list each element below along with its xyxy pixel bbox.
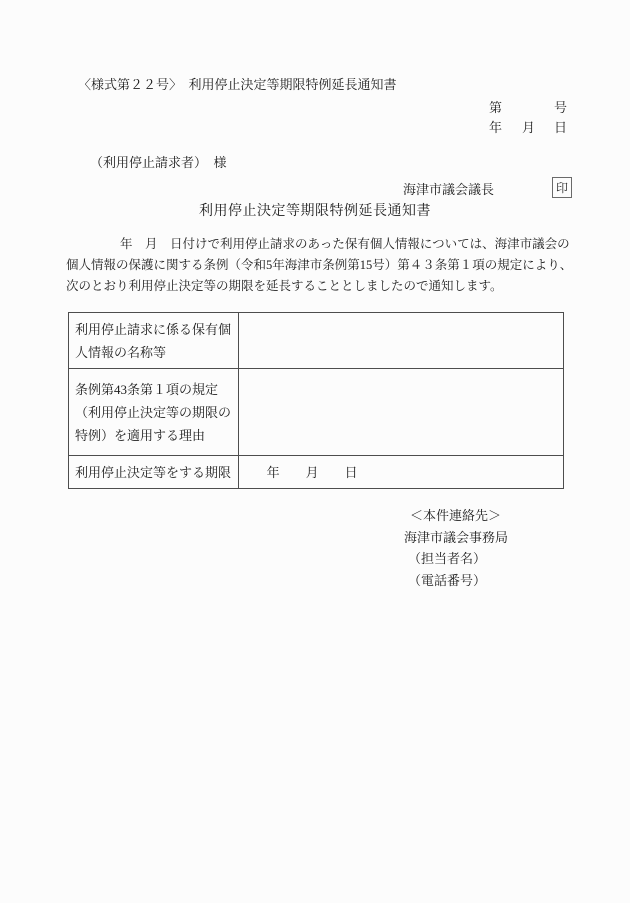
- table-row: 条例第43条第１項の規定 （利用停止決定等の期限の特例）を適用する理由: [69, 369, 564, 456]
- table-value-text: 年 月 日: [267, 461, 559, 484]
- document-number-prefix: 第: [489, 97, 502, 116]
- date-day-label: 日: [554, 117, 567, 136]
- table-label-cell: 条例第43条第１項の規定 （利用停止決定等の期限の特例）を適用する理由: [69, 369, 239, 456]
- table-value-cell: [239, 313, 564, 369]
- table-label-cell: 利用停止決定等をする期限: [69, 456, 239, 489]
- table-label-cell: 利用停止請求に係る保有個人情報の名称等: [69, 313, 239, 369]
- contact-heading: ＜本件連絡先＞: [404, 505, 508, 527]
- body-line: 個人情報の保護に関する条例（令和5年海津市条例第15号）第４３条第１項の規定によ…: [66, 255, 606, 276]
- contact-block: ＜本件連絡先＞ 海津市議会事務局 （担当者名） （電話番号）: [404, 505, 508, 591]
- table-label-text: （利用停止決定等の期限の特例）を適用する理由: [75, 401, 235, 447]
- seal-stamp-box: 印: [552, 177, 572, 198]
- form-table: 利用停止請求に係る保有個人情報の名称等 条例第43条第１項の規定 （利用停止決定…: [68, 312, 564, 489]
- table-row: 利用停止請求に係る保有個人情報の名称等: [69, 313, 564, 369]
- table-label-text: 条例第43条第１項の規定: [75, 378, 235, 401]
- table-value-cell: 年 月 日: [239, 456, 564, 489]
- document-number-suffix: 号: [554, 97, 567, 116]
- addressee-line: （利用停止請求者） 様: [90, 152, 227, 171]
- document-page: 〈様式第２２号〉 利用停止決定等期限特例延長通知書 第 号 年 月 日 （利用停…: [0, 0, 630, 903]
- sender-title: 海津市議会議長: [403, 179, 494, 198]
- body-paragraph: 年 月 日付けで利用停止請求のあった保有個人情報については、海津市議会の 個人情…: [66, 234, 606, 297]
- body-line: 年 月 日付けで利用停止請求のあった保有個人情報については、海津市議会の: [66, 234, 606, 255]
- contact-line: 海津市議会事務局: [404, 527, 508, 549]
- date-year-label: 年: [489, 117, 502, 136]
- document-title: 利用停止決定等期限特例延長通知書: [0, 200, 630, 220]
- table-label-text: 利用停止請求に係る保有個人情報の名称等: [75, 318, 235, 364]
- table-row: 利用停止決定等をする期限 年 月 日: [69, 456, 564, 489]
- seal-character: 印: [556, 179, 568, 196]
- body-line: 次のとおり利用停止決定等の期限を延長することとしましたので通知します。: [66, 276, 606, 297]
- contact-line: （電話番号）: [404, 570, 508, 592]
- table-label-text: 利用停止決定等をする期限: [75, 461, 235, 484]
- contact-line: （担当者名）: [404, 548, 508, 570]
- table-value-cell: [239, 369, 564, 456]
- date-month-label: 月: [522, 117, 535, 136]
- form-number-label: 〈様式第２２号〉 利用停止決定等期限特例延長通知書: [78, 74, 397, 93]
